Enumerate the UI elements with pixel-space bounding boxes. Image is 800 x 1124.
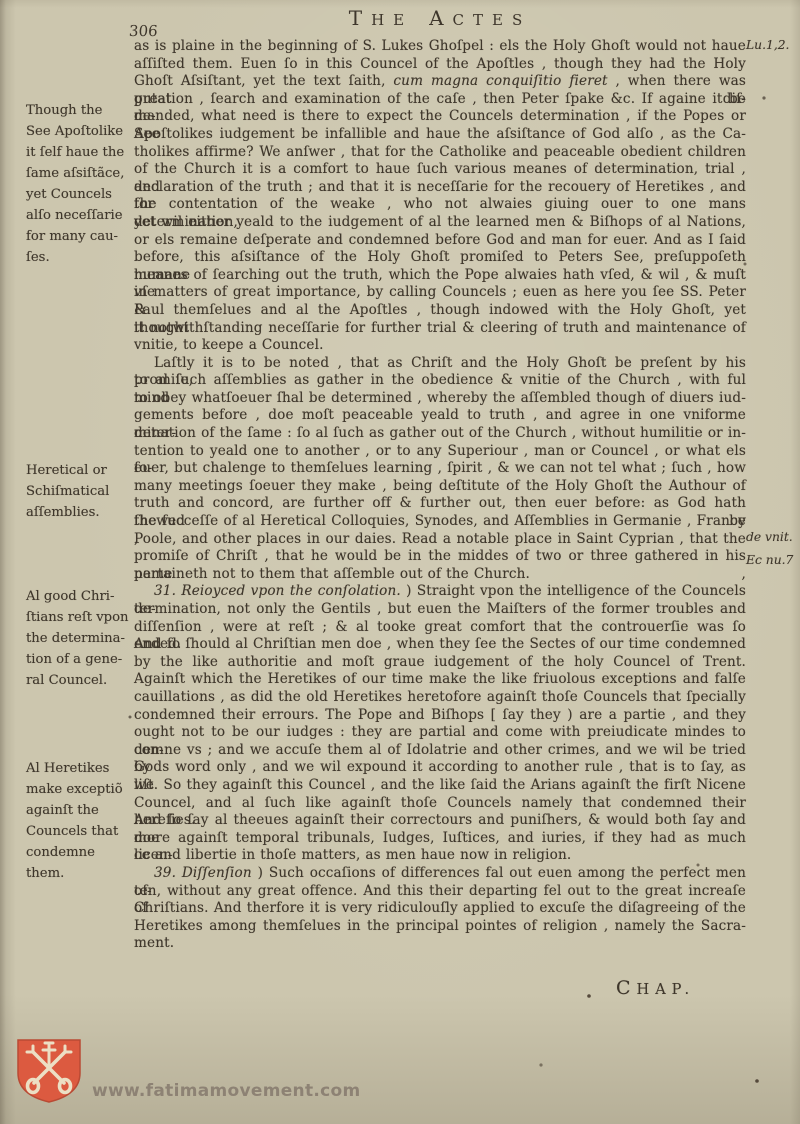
text-line: Chriſtians. And therfore it is very ridi… xyxy=(134,900,746,918)
text-line: 39. Diſſenſion ) Such occaſions of diffe… xyxy=(134,865,746,883)
margin-note: Al good Chri-ſtians reſt vponthe determi… xyxy=(26,586,132,691)
text-line: mination of the ſame : ſo al ſuch as gat… xyxy=(134,425,746,443)
margin-note-line: ſame aſsiſtãce, xyxy=(26,163,132,184)
text-line: liſt. So they againſt this Councel , and… xyxy=(134,777,746,795)
text-line: aſſiſted them. Euen ſo in this Councel o… xyxy=(134,56,746,74)
text-line: as is plaine in the beginning of S. Luke… xyxy=(134,38,746,56)
margin-note-line: yet Councels xyxy=(26,184,132,205)
watermark-url: www.fatimamovement.com xyxy=(92,1081,361,1101)
header-letter-group: HE xyxy=(371,11,413,29)
margin-note: Heretical orSchiſmaticalaſſemblies. xyxy=(26,460,132,523)
text-line: demne vs ; and we accuſe them al of Idol… xyxy=(134,742,746,760)
text-line: in matters of great importance, by calli… xyxy=(134,284,746,302)
text-line: of the Church it is a comfort to haue ſu… xyxy=(134,161,746,179)
text-line: Poole, and other places in our daies. Re… xyxy=(134,531,746,549)
text-line: by the like authoritie and moſt graue iu… xyxy=(134,654,746,672)
margin-note-line: Al good Chri- xyxy=(26,586,132,607)
text-line: euer, but chalenge to themſelues learnin… xyxy=(134,460,746,478)
text-line: Apoſtolikes iudgement be infallible and … xyxy=(134,126,746,144)
text-line: tholikes affirme? We anſwer , that for t… xyxy=(134,144,746,162)
header-letter-group: CTES xyxy=(453,11,532,29)
text-line: ought not to be our iudges : they are pa… xyxy=(134,724,746,742)
margin-note-line: ſes. xyxy=(26,247,132,268)
text-line: 31. Reioyced vpon the conſolation. ) Str… xyxy=(134,583,746,601)
text-line: to al ſuch aſſemblies as gather in the o… xyxy=(134,372,746,390)
margin-note-line: Councels that xyxy=(26,821,132,842)
text-line: And ſo ſay al theeues againſt their corr… xyxy=(134,812,746,830)
margin-note-line: condemne xyxy=(26,842,132,863)
text-line: declaration of the truth ; and that it i… xyxy=(134,179,746,197)
margin-note: de vnit.Ec nu.7 xyxy=(746,526,800,572)
margin-note-line: alſo neceſſarie xyxy=(26,205,132,226)
text-line: condemned their errours. The Pope and Bi… xyxy=(134,707,746,725)
header-letter-group: T xyxy=(349,6,371,30)
text-line: to obey whatſoeuer ſhal be determined , … xyxy=(134,390,746,408)
crossed-keys-shield-icon xyxy=(14,1037,84,1105)
text-line: many meetings ſoeuer they make , being d… xyxy=(134,478,746,496)
header-letter-group: A xyxy=(429,6,452,30)
text-line: Heretikes among themſelues in the princi… xyxy=(134,918,746,936)
text-line: the ſucceſſe of al Heretical Colloquies,… xyxy=(134,513,746,531)
margin-note-line: Though the xyxy=(26,100,132,121)
text-line: it notwithſtanding neceſſarie for furthe… xyxy=(134,320,746,338)
margin-note-line: it ſelf haue the xyxy=(26,142,132,163)
margin-note-line: Ec nu.7 xyxy=(746,549,800,572)
margin-note-line: Schiſmatical xyxy=(26,481,132,502)
text-line: putation , ſearch and examination of the… xyxy=(134,91,746,109)
text-line: truth and concord, are further off & fur… xyxy=(134,495,746,513)
text-line: yet wil either yeald to the iudgement of… xyxy=(134,214,746,232)
text-line: Paul themſelues and al the Apoſtles , th… xyxy=(134,302,746,320)
text-line: diſſenſion , were at reſt ; & al tooke g… xyxy=(134,619,746,637)
running-header: THEACTES xyxy=(134,6,746,30)
text-line: ment. xyxy=(134,935,746,953)
text-line: cauillations , as did the old Heretikes … xyxy=(134,689,746,707)
margin-note-line: aſſemblies. xyxy=(26,502,132,523)
margin-note-line: for many cau- xyxy=(26,226,132,247)
margin-note: Though theSee Apoſtolikeit ſelf haue the… xyxy=(26,100,132,268)
text-line: Gods word only , and we wil expound it a… xyxy=(134,759,746,777)
text-line: Laſtly it is to be noted , that as Chriſ… xyxy=(134,355,746,373)
margin-note-line: againſt the xyxy=(26,800,132,821)
watermark: www.fatimamovement.com xyxy=(14,1037,361,1105)
text-line: And ſo ſhould al Chriſtian men doe , whe… xyxy=(134,636,746,654)
margin-note-line: Lu.1,2. xyxy=(746,34,800,57)
margin-note-line: de vnit. xyxy=(746,526,800,549)
margin-note-line: tion of a gene- xyxy=(26,649,132,670)
text-line: tention to yeald one to another , or to … xyxy=(134,443,746,461)
margin-note-line: See Apoſtolike xyxy=(26,121,132,142)
text-line: vnitie, to keepe a Councel. xyxy=(134,337,746,355)
text-line: the contentation of the weake , who not … xyxy=(134,196,746,214)
margin-note-line: ral Councel. xyxy=(26,670,132,691)
paper-specks xyxy=(0,0,2,2)
text-line: gements before , doe moſt peaceable yeal… xyxy=(134,407,746,425)
text-line: ten, without any great offence. And this… xyxy=(134,883,746,901)
text-line: Againſt which the Heretikes of our time … xyxy=(134,671,746,689)
text-line: or els remaine deſperate and condemned b… xyxy=(134,232,746,250)
margin-note-line: Heretical or xyxy=(26,460,132,481)
text-line: meanes of ſearching out the truth, which… xyxy=(134,267,746,285)
margin-note-line: ſtians reſt vpon xyxy=(26,607,132,628)
margin-note-line: them. xyxy=(26,863,132,884)
text-line: before, this aſsiſtance of the Holy Ghoſ… xyxy=(134,249,746,267)
text-line: Councel, and al ſuch like againſt thoſe … xyxy=(134,795,746,813)
text-line: manded, what need is there to expect the… xyxy=(134,108,746,126)
text-line: more againſt temporal tribunals, Iudges,… xyxy=(134,830,746,848)
main-text-block: as is plaine in the beginning of S. Luke… xyxy=(134,38,746,953)
text-line: ce and libertie in thoſe matters, as men… xyxy=(134,847,746,865)
text-line: promiſe of Chriſt , that he would be in … xyxy=(134,548,746,566)
margin-note-line: make exceptiõ xyxy=(26,779,132,800)
margin-note: Lu.1,2. xyxy=(746,34,800,57)
chapter-catchword: Chap. xyxy=(616,977,695,999)
margin-note-line: the determina- xyxy=(26,628,132,649)
margin-note: Al Heretikesmake exceptiõagainſt theCoun… xyxy=(26,758,132,884)
text-line: termination, not only the Gentils , but … xyxy=(134,601,746,619)
text-line: Ghoſt Aſsiſtant, yet the text ſaith, cum… xyxy=(134,73,746,91)
margin-note-line: Al Heretikes xyxy=(26,758,132,779)
